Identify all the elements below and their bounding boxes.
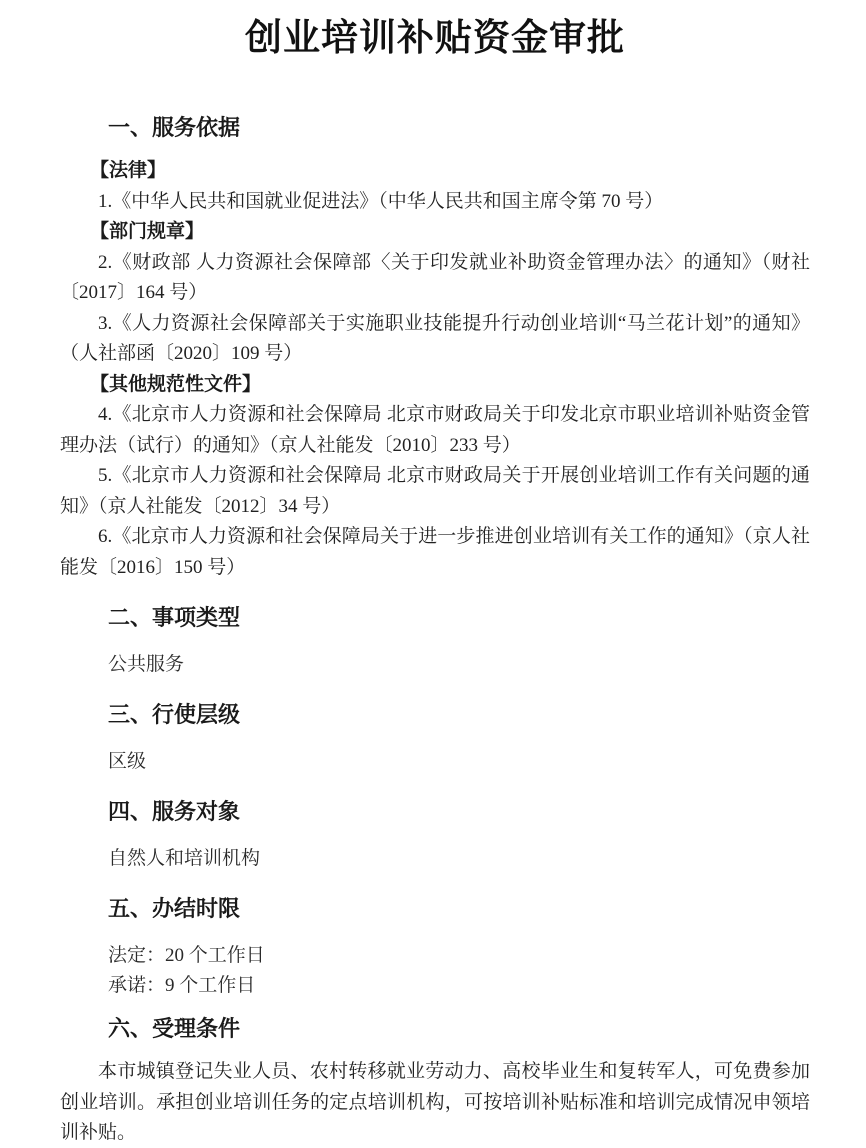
document-page: 创业培训补贴资金审批 一、服务依据 【法律】 1.《中华人民共和国就业促进法》（… xyxy=(0,0,866,1148)
section-heading-service-target: 四、服务对象 xyxy=(108,796,810,828)
section-value-promised-time-limit: 承诺：9 个工作日 xyxy=(108,971,810,1001)
section-paragraph-acceptance-conditions: 本市城镇登记失业人员、农村转移就业劳动力、高校毕业生和复转军人，可免费参加创业培… xyxy=(60,1057,810,1148)
section-heading-item-type: 二、事项类型 xyxy=(108,602,810,634)
section-service-target: 四、服务对象 自然人和培训机构 xyxy=(60,796,810,874)
legal-item-6: 6.《北京市人力资源和社会保障局关于进一步推进创业培训有关工作的通知》（京人社能… xyxy=(60,522,810,583)
section-service-basis: 一、服务依据 【法律】 1.《中华人民共和国就业促进法》（中华人民共和国主席令第… xyxy=(60,112,810,583)
legal-item-4: 4.《北京市人力资源和社会保障局 北京市财政局关于印发北京市职业培训补贴资金管理… xyxy=(60,400,810,461)
section-value-item-type: 公共服务 xyxy=(108,650,810,680)
legal-item-5: 5.《北京市人力资源和社会保障局 北京市财政局关于开展创业培训工作有关问题的通知… xyxy=(60,461,810,522)
group-label-department-rules: 【部门规章】 xyxy=(90,217,810,248)
document-title: 创业培训补贴资金审批 xyxy=(60,14,810,64)
section-item-type: 二、事项类型 公共服务 xyxy=(60,602,810,680)
section-value-statutory-time-limit: 法定：20 个工作日 xyxy=(108,941,810,971)
section-value-service-target: 自然人和培训机构 xyxy=(108,844,810,874)
section-exercise-level: 三、行使层级 区级 xyxy=(60,699,810,777)
section-heading-exercise-level: 三、行使层级 xyxy=(108,699,810,731)
section-completion-time-limit: 五、办结时限 法定：20 个工作日 承诺：9 个工作日 xyxy=(60,893,810,1001)
section-heading-acceptance-conditions: 六、受理条件 xyxy=(108,1013,810,1045)
group-label-other-normative-documents: 【其他规范性文件】 xyxy=(90,370,810,401)
legal-item-2: 2.《财政部 人力资源社会保障部〈关于印发就业补助资金管理办法〉的通知》（财社〔… xyxy=(60,248,810,309)
section-heading-completion-time-limit: 五、办结时限 xyxy=(108,893,810,925)
section-body-service-basis: 【法律】 1.《中华人民共和国就业促进法》（中华人民共和国主席令第 70 号） … xyxy=(60,156,810,583)
section-heading-service-basis: 一、服务依据 xyxy=(108,112,810,144)
legal-item-3: 3.《人力资源社会保障部关于实施职业技能提升行动创业培训“马兰花计划”的通知》（… xyxy=(60,309,810,370)
section-acceptance-conditions: 六、受理条件 本市城镇登记失业人员、农村转移就业劳动力、高校毕业生和复转军人，可… xyxy=(60,1013,810,1148)
legal-item-1: 1.《中华人民共和国就业促进法》（中华人民共和国主席令第 70 号） xyxy=(60,187,810,218)
group-label-law: 【法律】 xyxy=(90,156,810,187)
section-value-exercise-level: 区级 xyxy=(108,747,810,777)
